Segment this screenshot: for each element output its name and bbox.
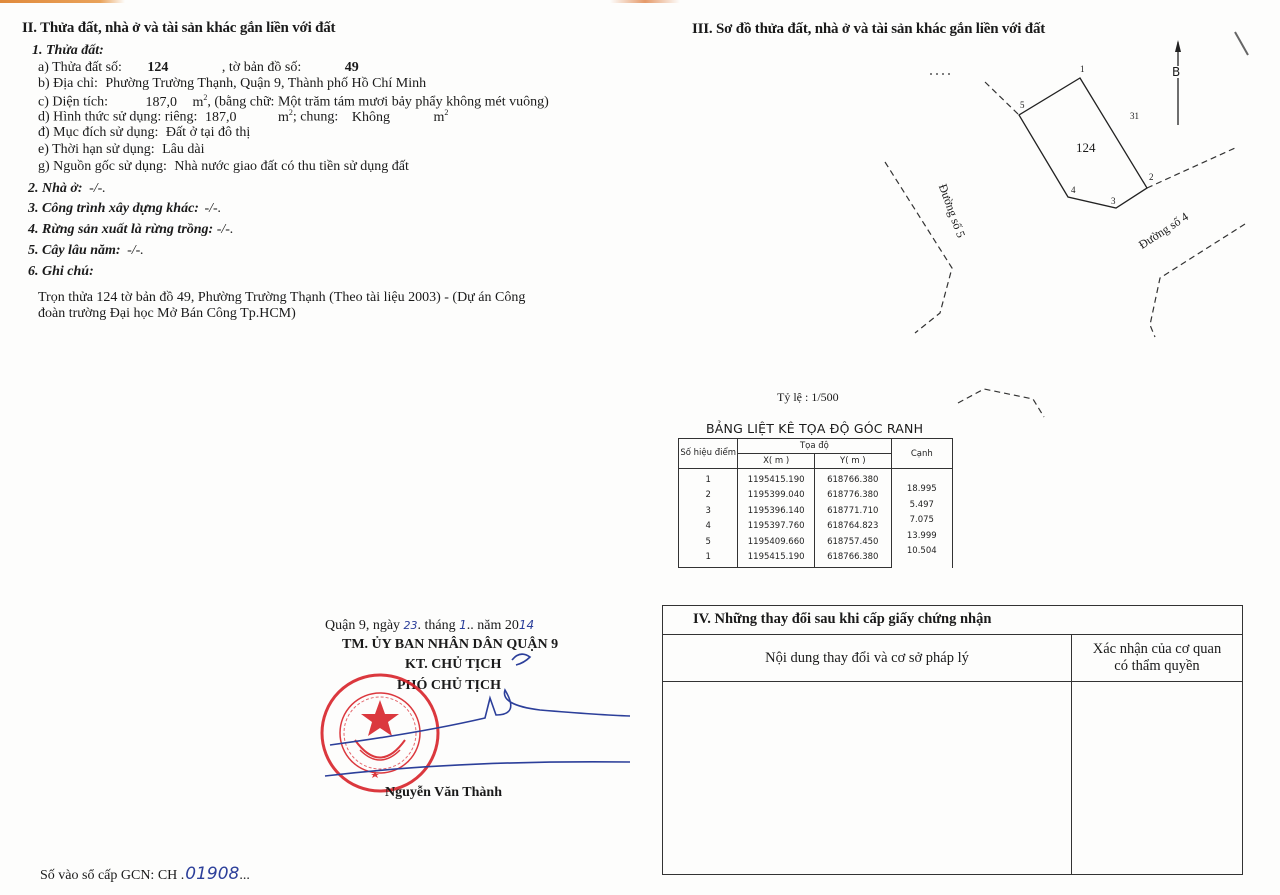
edge-length: 10.504 (907, 544, 937, 560)
road-label-right: Đường số 4 (1136, 209, 1191, 252)
parcel-heading: 1. Thửa đất: (32, 43, 104, 59)
vertex-label-2: 2 (1149, 172, 1154, 182)
issue-day: 23 (404, 619, 418, 632)
issue-date-line: Quận 9, ngày 23. tháng 1.. năm 2014 (325, 618, 534, 634)
coord-cell-x: 1195396.140 (738, 503, 815, 519)
other-works-line: 3. Công trình xây dựng khác: -/-. (28, 201, 221, 217)
section-3-title: III. Sơ đồ thửa đất, nhà ở và tài sản kh… (692, 21, 1045, 38)
coord-cell-y: 618771.710 (814, 503, 891, 519)
coord-cell-point: 2 (679, 488, 738, 504)
forest-label: 4. Rừng sản xuất là rừng trồng: (28, 222, 213, 237)
vertex-label-3: 3 (1111, 196, 1116, 206)
origin-line: g) Nguồn gốc sử dụng: Nhà nước giao đất … (38, 159, 409, 175)
parcel-number-value: 124 (147, 60, 168, 75)
other-works-label: 3. Công trình xây dựng khác: (28, 201, 199, 216)
edge-length: 13.999 (907, 529, 937, 545)
term-value: Lâu dài (162, 142, 204, 157)
purpose-value: Đất ở tại đô thị (166, 125, 250, 140)
registry-number: 01908 (185, 864, 239, 884)
usage-private-value: 187,0 (205, 110, 237, 125)
forest-line: 4. Rừng sản xuất là rừng trồng: -/-. (28, 222, 233, 238)
issuing-org: TM. ỦY BAN NHÂN DÂN QUẬN 9 (342, 637, 558, 653)
section-4-title: IV. Những thay đổi sau khi cấp giấy chứn… (693, 611, 991, 628)
parcel-number-map-label: 124 (1076, 140, 1096, 156)
changes-col-content: Nội dung thay đổi và cơ sở pháp lý (663, 635, 1071, 681)
notes-line-2: đoàn trường Đại học Mở Bán Công Tp.HCM) (38, 306, 296, 322)
coord-table-title: BẢNG LIỆT KÊ TỌA ĐỘ GÓC RANH (706, 421, 923, 436)
house-line: 2. Nhà ở: -/-. (28, 181, 106, 197)
coord-cell-x: 1195415.190 (738, 550, 815, 568)
signer-role-1: KT. CHỦ TỊCH (405, 657, 501, 673)
coord-header-x: X( m ) (738, 454, 815, 469)
origin-value: Nhà nước giao đất có thu tiền sử dụng đấ… (174, 159, 408, 174)
usage-form-line: d) Hình thức sử dụng: riêng: 187,0 m2; c… (38, 108, 448, 126)
forest-value: -/-. (217, 222, 234, 237)
coord-cell-y: 618766.380 (814, 550, 891, 568)
registry-label: Số vào sổ cấp GCN: CH (40, 868, 177, 883)
coord-cell-y: 618764.823 (814, 519, 891, 535)
road-label-left: Đường số 5 (935, 182, 968, 240)
map-sheet-value: 49 (345, 60, 359, 75)
road-boundaries (885, 74, 1245, 417)
coord-cell-y: 618766.380 (814, 469, 891, 488)
section-2-title: II. Thửa đất, nhà ở và tài sản khác gắn … (22, 20, 335, 37)
coord-cell-point: 3 (679, 503, 738, 519)
term-line: e) Thời hạn sử dụng: Lâu dài (38, 142, 204, 158)
page-edge-orange-left (0, 0, 125, 3)
house-label: 2. Nhà ở: (28, 181, 83, 196)
date-prefix: Quận 9, ngày (325, 618, 400, 633)
north-label: B (1172, 66, 1180, 78)
coord-cell-x: 1195399.040 (738, 488, 815, 504)
coord-cell-x: 1195397.760 (738, 519, 815, 535)
usage-form-label: d) Hình thức sử dụng: riêng: (38, 110, 197, 125)
coord-cell-point: 1 (679, 469, 738, 488)
coord-cell-edges: 18.9955.4977.07513.99910.504 (891, 469, 952, 568)
notes-label: 6. Ghi chú: (28, 264, 94, 280)
coord-header-coords: Tọa độ (738, 439, 891, 454)
vertex-label-5: 5 (1020, 100, 1025, 110)
vertex-label-1: 1 (1080, 64, 1085, 74)
coord-header-y: Y( m ) (814, 454, 891, 469)
coord-table-body: 11195415.190618766.38018.9955.4977.07513… (679, 469, 953, 568)
edge-length: 5.497 (910, 498, 934, 514)
scan-mark (1235, 32, 1248, 55)
coord-table-row: 11195415.190618766.38018.9955.4977.07513… (679, 469, 953, 488)
coord-cell-y: 618757.450 (814, 534, 891, 550)
vertex-label-4: 4 (1071, 185, 1076, 195)
coord-header-edge: Cạnh (891, 439, 952, 469)
purpose-label: đ) Mục đích sử dụng: (38, 125, 158, 140)
registry-line: Số vào sổ cấp GCN: CH .01908... (40, 864, 250, 884)
map-sheet-label: , tờ bản đồ số: (222, 60, 301, 75)
changes-col-confirm-line1: Xác nhận của cơ quan (1093, 641, 1221, 658)
changes-col-confirm-line2: có thẩm quyền (1093, 658, 1221, 675)
address-label: b) Địa chỉ: (38, 76, 98, 91)
map-scale: Tỷ lệ : 1/500 (777, 390, 839, 405)
issue-month: 1 (459, 618, 467, 632)
month-label: tháng (425, 618, 456, 633)
coord-cell-point: 5 (679, 534, 738, 550)
address-value: Phường Trường Thạnh, Quận 9, Thành phố H… (105, 76, 426, 91)
notes-line-1: Trọn thửa 124 tờ bản đồ 49, Phường Trườn… (38, 290, 525, 306)
page-edge-orange-mid (610, 0, 680, 3)
address-line: b) Địa chỉ: Phường Trường Thạnh, Quận 9,… (38, 76, 426, 92)
other-works-value: -/-. (204, 201, 221, 216)
house-value: -/-. (89, 181, 106, 196)
issue-year: 14 (519, 618, 534, 632)
neighbor-parcel-label: 31 (1130, 111, 1139, 121)
edge-length: 18.995 (907, 482, 937, 498)
origin-label: g) Nguồn gốc sử dụng: (38, 159, 167, 174)
changes-table: IV. Những thay đổi sau khi cấp giấy chứn… (662, 605, 1243, 875)
coord-cell-y: 618776.380 (814, 488, 891, 504)
coord-table: Số hiệu điểm Tọa độ Cạnh X( m ) Y( m ) 1… (678, 438, 953, 568)
usage-private-unit: m (278, 110, 289, 125)
perennial-label: 5. Cây lâu năm: (28, 243, 121, 258)
signer-name: Nguyễn Văn Thành (385, 785, 502, 801)
term-label: e) Thời hạn sử dụng: (38, 142, 155, 157)
north-arrowhead-icon (1175, 40, 1181, 52)
purpose-line: đ) Mục đích sử dụng: Đất ở tại đô thị (38, 125, 250, 141)
usage-shared-label: ; chung: (293, 110, 339, 125)
perennial-value: -/-. (127, 243, 144, 258)
parcel-number-label: a) Thửa đất số: (38, 60, 122, 75)
coord-cell-x: 1195409.660 (738, 534, 815, 550)
changes-col-confirm: Xác nhận của cơ quan có thẩm quyền (1072, 635, 1242, 681)
coord-cell-x: 1195415.190 (738, 469, 815, 488)
year-label: năm 20 (477, 618, 519, 633)
usage-shared-unit: m (433, 110, 444, 125)
coord-cell-point: 1 (679, 550, 738, 568)
coord-cell-point: 4 (679, 519, 738, 535)
signer-role-2: PHÓ CHỦ TỊCH (397, 678, 501, 694)
usage-shared-value: Không (352, 110, 390, 125)
coord-header-point: Số hiệu điểm (679, 439, 738, 469)
edge-length: 7.075 (910, 513, 934, 529)
parcel-number-line: a) Thửa đất số: 124 , tờ bản đồ số: 49 (38, 60, 359, 76)
perennial-line: 5. Cây lâu năm: -/-. (28, 243, 144, 259)
